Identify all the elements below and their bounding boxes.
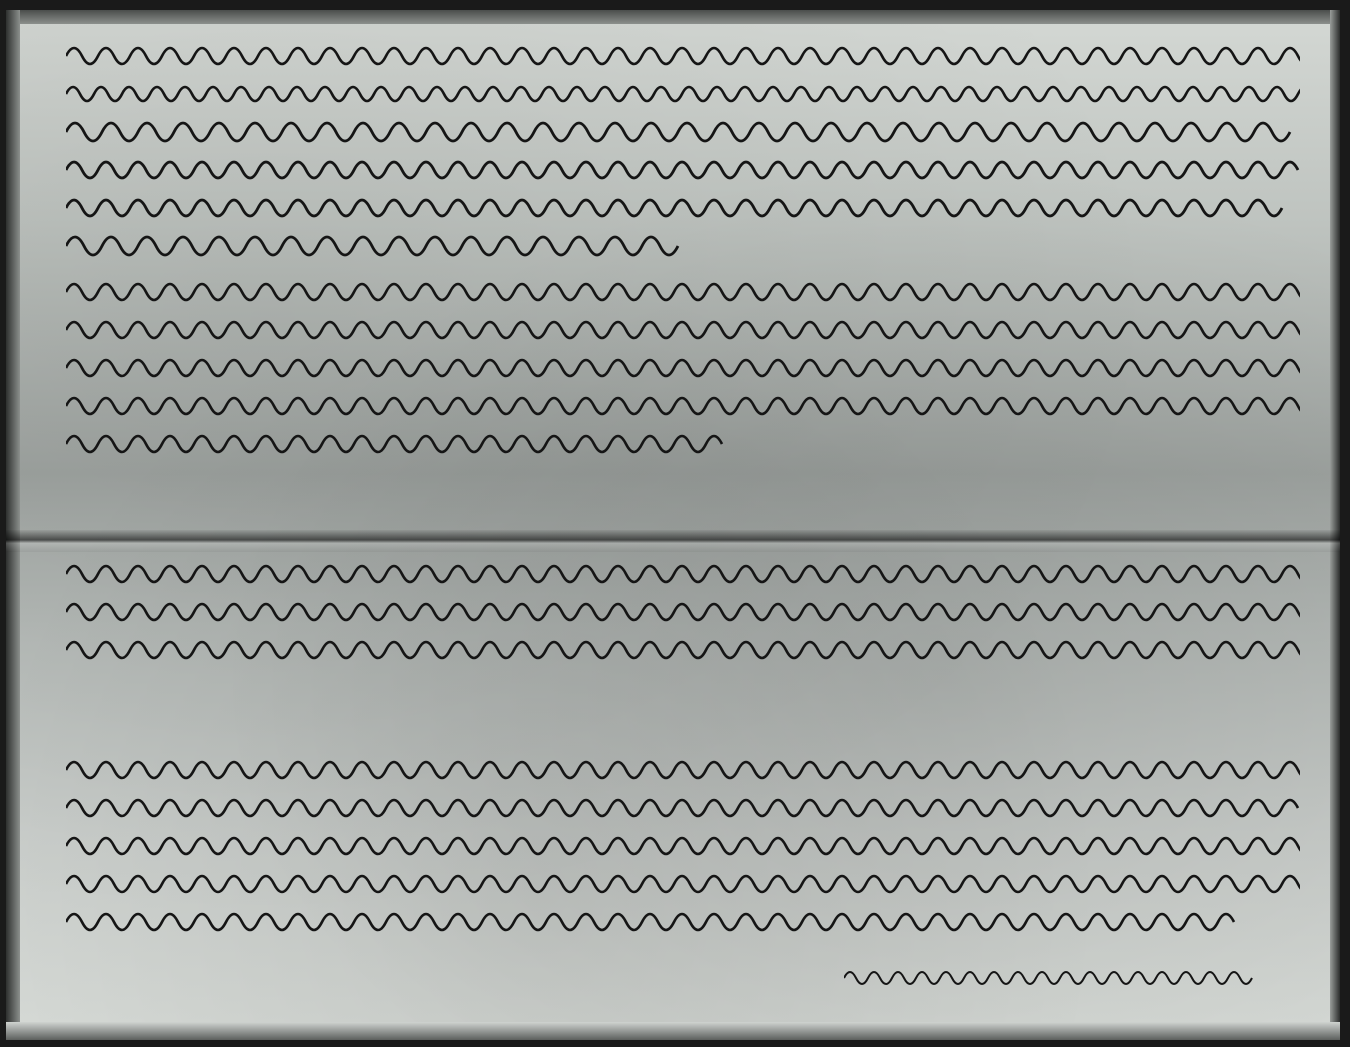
text-line: ကျ … ကား … ကျ … သူ … ကျ … ပါ … ကျ … ဦး …… [66, 382, 1300, 420]
text-line: မြေတွေကာခံပါ … နေတကိုယ် … ဖွင့်လေပါ … မြ… [66, 108, 1300, 146]
text-line: ဒေ … ကား … ကျ … သော … ပါ … ကျ … ဥ … ပါ …… [66, 588, 1300, 626]
text-line: ၁၂၃၉ ခုနှစ်၊ တပို့တွဲလဆန်း … ရက်နေ့ … ကျ… [66, 32, 1300, 70]
text-line: သက္ကရာဇ် ၁၂၃၉ ခုနှစ်၊ တပေါင်းလဆန်း … ကော… [66, 746, 1300, 784]
paragraph-2: ၁၂၃၉ ခုနှစ်၊ တပို့တွဲလပြည့် … ကျော် … ရက… [66, 268, 1300, 458]
text-line: ဘာ ရေ … သော … ကျေး … ရှိ … ဓောဧကျ … ကျ …… [66, 222, 1300, 260]
page-bottom-edge [6, 1022, 1340, 1040]
text-line: ခန္ဓာပါ … ဘ … ကား … ခံပါ … တော် … ခံပါ …… [66, 306, 1300, 344]
text-line: တော … ယ … တော … မြ … ပါ … ဘ … ကျ … ပါ … … [66, 784, 1300, 822]
paragraph-1: ၁၂၃၉ ခုနှစ်၊ တပို့တွဲလဆန်း … ရက်နေ့ … ကျ… [66, 32, 1300, 260]
text-line: ကျ … သော … ပါ … ကျ … ဘာ … ကျ … တ … ကျ … … [66, 344, 1300, 382]
text-line: သူ … တော … ကျ … ပါ … တော … ကျ … ကား … ကျ… [66, 860, 1300, 898]
page-top-edge [6, 10, 1340, 24]
text-line: သူ … တော … မြို့ … သော … ကား … ကျ … ကျ [66, 420, 1300, 458]
text-line: နှင့် … ရ … ကျ … ဘ … ကျ … ကား … ကျ … ကျ … [66, 822, 1300, 860]
text-line: သက္ကရာဇ် ၁၂၃၉ ခုနှစ်၊ တပို့တွဲလပြည့်ကျော… [66, 550, 1300, 588]
text-line: ၁၂၃၉ ခုနှစ်၊ တပို့တွဲလပြည့် … ကျော် … ရက… [66, 268, 1300, 306]
manuscript-page: ၁၂၃၉ ခုနှစ်၊ တပို့တွဲလဆန်း … ရက်နေ့ … ကျ… [6, 10, 1340, 1040]
text-line: ဘာ … တော … ကျ … ဖြစ် … ကျ … ကျ … ကျ … ကျ… [66, 898, 1300, 936]
paragraph-3: သက္ကရာဇ် ၁၂၃၉ ခုနှစ်၊ တပို့တွဲလပြည့်ကျော… [66, 550, 1300, 664]
page-right-edge [1330, 10, 1340, 1040]
text-line: ဘ … ကျ … ပေး … မြို့ … ကျ … ဘ … ကျ … ကား… [66, 626, 1300, 664]
text-line: သေသ ဦးကာရက ရပေသက … ကျောင်းသ … မြေ … ဂုဏ်… [66, 70, 1300, 108]
signature-line: … တော … ရှင် … ကျ … ကျ … [844, 956, 1264, 996]
paragraph-4: သက္ကရာဇ် ၁၂၃၉ ခုနှစ်၊ တပေါင်းလဆန်း … ကော… [66, 746, 1300, 936]
text-line: တောတော ပါ … ရှိ … ကျ … သော … ကျ … ခံပါ …… [66, 184, 1300, 222]
page-left-edge [6, 10, 20, 1040]
text-line: နွား … တရား … ခန်တွေ … ကားနဲ့ … ကျောင်းခ… [66, 146, 1300, 184]
page-fold-crease [6, 530, 1340, 552]
